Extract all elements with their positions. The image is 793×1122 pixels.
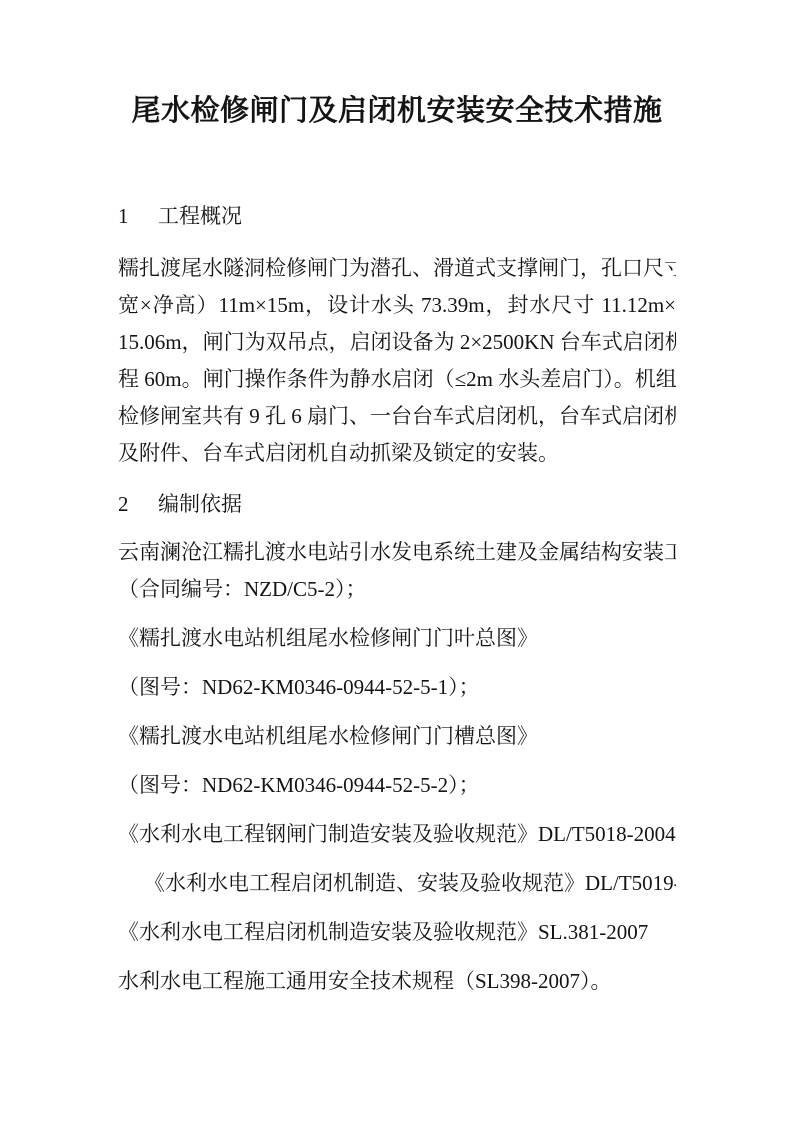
reference-standard-dlt5019: 《水利水电工程启闭机制造、安装及验收规范》DL/T5019-94 xyxy=(118,865,676,902)
text-line: 云南澜沧江糯扎渡水电站引水发电系统土建及金属结构安装工程 xyxy=(118,534,676,571)
section-2-number: 2 xyxy=(118,492,158,516)
reference-standard-dlt5018: 《水利水电工程钢闸门制造安装及验收规范》DL/T5018-2004 xyxy=(118,816,676,853)
section-heading-1: 1工程概况 xyxy=(118,204,676,228)
text-line: （图号：ND62-KM0346-0944-52-5-1）； xyxy=(118,669,676,706)
reference-drawing-number-2: （图号：ND62-KM0346-0944-52-5-2）； xyxy=(118,767,676,804)
reference-standard-sl398: 水利水电工程施工通用安全技术规程（SL398-2007）。 xyxy=(118,963,676,1000)
reference-gate-slot-drawing: 《糯扎渡水电站机组尾水检修闸门门槽总图》 xyxy=(118,718,676,755)
text-line: 程 60m。闸门操作条件为静水启闭（≤2m 水头差启门）。机组尾水 xyxy=(118,361,676,398)
section-1-number: 1 xyxy=(118,204,158,228)
paragraph-project-overview: 糯扎渡尾水隧洞检修闸门为潜孔、滑道式支撑闸门，孔口尺寸（净 宽×净高）11m×1… xyxy=(118,250,676,472)
text-line: 15.06m，闸门为双吊点，启闭设备为 2×2500KN 台车式启闭机，扬 xyxy=(118,324,676,361)
reference-drawing-number-1: （图号：ND62-KM0346-0944-52-5-1）； xyxy=(118,669,676,706)
text-line: （图号：ND62-KM0346-0944-52-5-2）； xyxy=(118,767,676,804)
section-1-title: 工程概况 xyxy=(158,204,242,228)
reference-standard-sl381: 《水利水电工程启闭机制造安装及验收规范》SL.381-2007 xyxy=(118,914,676,951)
text-line: （合同编号：NZD/C5-2）； xyxy=(118,571,676,608)
section-2-title: 编制依据 xyxy=(158,492,242,516)
text-line: 《糯扎渡水电站机组尾水检修闸门门叶总图》 xyxy=(118,620,676,657)
text-line: 宽×净高）11m×15m，设计水头 73.39m，封水尺寸 11.12m× xyxy=(118,287,676,324)
text-line: 及附件、台车式启闭机自动抓梁及锁定的安装。 xyxy=(118,435,676,472)
text-line: 《水利水电工程钢闸门制造安装及验收规范》DL/T5018-2004 xyxy=(118,816,676,853)
text-line: 糯扎渡尾水隧洞检修闸门为潜孔、滑道式支撑闸门，孔口尺寸（净 xyxy=(118,250,676,287)
text-line: 《水利水电工程启闭机制造、安装及验收规范》DL/T5019-94 xyxy=(144,865,676,902)
document-title: 尾水检修闸门及启闭机安装安全技术措施 xyxy=(118,88,676,134)
document-page: 尾水检修闸门及启闭机安装安全技术措施 1工程概况 糯扎渡尾水隧洞检修闸门为潜孔、… xyxy=(0,0,793,1122)
text-line: 《水利水电工程启闭机制造安装及验收规范》SL.381-2007 xyxy=(118,914,676,951)
section-heading-2: 2编制依据 xyxy=(118,492,676,516)
text-line: 《糯扎渡水电站机组尾水检修闸门门槽总图》 xyxy=(118,718,676,755)
reference-list: 云南澜沧江糯扎渡水电站引水发电系统土建及金属结构安装工程 （合同编号：NZD/C… xyxy=(118,534,676,1000)
reference-gate-leaf-drawing: 《糯扎渡水电站机组尾水检修闸门门叶总图》 xyxy=(118,620,676,657)
text-line: 检修闸室共有 9 孔 6 扇门、一台台车式启闭机，台车式启闭机轨道 xyxy=(118,398,676,435)
reference-contract: 云南澜沧江糯扎渡水电站引水发电系统土建及金属结构安装工程 （合同编号：NZD/C… xyxy=(118,534,676,608)
text-line: 水利水电工程施工通用安全技术规程（SL398-2007）。 xyxy=(118,963,676,1000)
